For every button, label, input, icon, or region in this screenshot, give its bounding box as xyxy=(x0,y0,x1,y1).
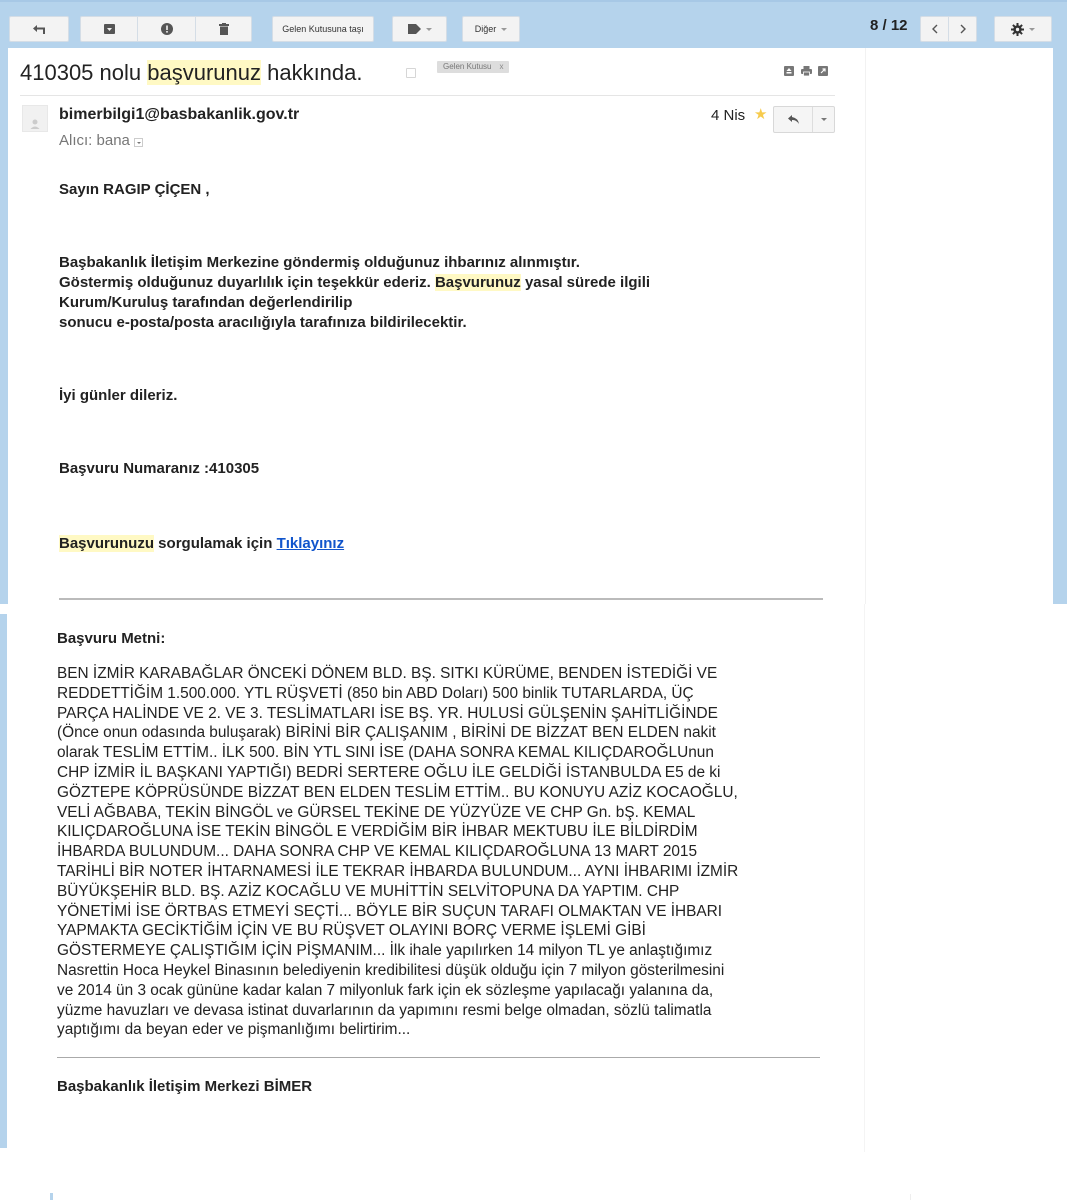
label-chip-text: Gelen Kutusu xyxy=(443,62,491,71)
archive-icon xyxy=(104,24,115,34)
application-text-body: BEN İZMİR KARABAĞLAR ÖNCEKİ DÖNEM BLD. B… xyxy=(57,664,827,1040)
chevron-right-icon xyxy=(960,24,966,34)
body-divider xyxy=(59,598,823,600)
sender-address[interactable]: bimerbilgi1@basbakanlik.gov.tr xyxy=(59,106,299,124)
application-text-line: İHBARDA BULUNDUM... DAHA SONRA CHP VE KE… xyxy=(57,842,827,862)
subject-highlight: başvurunuz xyxy=(147,60,261,85)
message-date: 4 Nis xyxy=(711,107,745,124)
body-line-2: Göstermiş olduğunuz duyarlılık için teşe… xyxy=(59,273,650,293)
subject-text-end: hakkında. xyxy=(261,60,363,85)
subject-text: 410305 nolu xyxy=(20,60,147,85)
application-text-line: BÜYÜKŞEHİR BLD. BŞ. AZİZ KOCAĞLU VE MUHİ… xyxy=(57,882,827,902)
reply-button[interactable] xyxy=(774,107,813,132)
reply-icon xyxy=(788,111,799,129)
move-to-inbox-label: Gelen Kutusuna taşı xyxy=(282,24,364,34)
application-text-line: Nasrettin Hoca Heykel Binasının belediye… xyxy=(57,961,827,981)
chevron-left-icon xyxy=(932,24,938,34)
avatar xyxy=(22,105,48,132)
chevron-down-icon xyxy=(821,118,827,121)
subject-divider xyxy=(20,95,835,96)
body-highlight: Başvurunuz xyxy=(435,274,521,291)
application-text-line: yüzme havuzları ve devasa istinat duvarl… xyxy=(57,1001,827,1021)
gmail-window: Gelen Kutusuna taşı Diğer 8 / 12 xyxy=(0,0,1067,604)
recipient-line: Alıcı: bana xyxy=(59,132,143,149)
application-text-line: VELİ AĞBABA, TEKİN BİNGÖL ve GÜRSEL TEKİ… xyxy=(57,803,827,823)
body-line-4: sonucu e-posta/posta aracılığıyla tarafı… xyxy=(59,313,467,333)
application-text-line: PARÇA HALİNDE VE 2. VE 3. TESLİMATLARI İ… xyxy=(57,704,827,724)
label-tag-icon xyxy=(408,24,421,34)
application-text-line: (Önce onun odasında buluşarak) BİRİNİ Bİ… xyxy=(57,723,827,743)
application-text-line: yaptığımı da beyan eder ve pişmanlığımı … xyxy=(57,1020,827,1040)
print-icon[interactable] xyxy=(801,63,811,73)
signature-divider xyxy=(57,1057,820,1058)
body-text: yasal sürede ilgili xyxy=(521,274,650,291)
settings-button[interactable] xyxy=(994,16,1052,42)
application-text-line: BEN İZMİR KARABAĞLAR ÖNCEKİ DÖNEM BLD. B… xyxy=(57,664,827,684)
greeting: Sayın RAGIP ÇİÇEN , xyxy=(59,180,210,200)
application-number: Başvuru Numaranız :410305 xyxy=(59,459,259,479)
body-line-1: Başbakanlık İletişim Merkezine göndermiş… xyxy=(59,253,580,273)
body-line-3: Kurum/Kuruluş tarafından değerlendirilip xyxy=(59,293,352,313)
application-text-title: Başvuru Metni: xyxy=(57,630,165,647)
application-text-line: GÖZTEPE KÖPRÜSÜNDE BİZZAT BEN ELDEN TESL… xyxy=(57,783,827,803)
show-details-icon[interactable] xyxy=(134,138,143,147)
pager-count: 8 / 12 xyxy=(870,16,908,36)
older-button[interactable] xyxy=(948,16,977,42)
move-to-inbox-button[interactable]: Gelen Kutusuna taşı xyxy=(272,16,374,42)
application-text-line: GÖSTERMEYE ÇALIŞTIĞIM İÇİN PİŞMANIM... İ… xyxy=(57,941,827,961)
query-text: sorgulamak için xyxy=(154,535,277,552)
application-text-line: olarak TESLİM ETTİM.. İLK 500. BİN YTL S… xyxy=(57,743,827,763)
application-text-line: YÖNETİMİ İSE ÖRTBAS ETMEYİ SEÇTİ... BÖYL… xyxy=(57,902,827,922)
query-link[interactable]: Tıklayınız xyxy=(277,535,345,552)
closing-line: İyi günler dileriz. xyxy=(59,386,177,406)
application-text-line: KILIÇDAROĞLUNA İSE TEKİN BİNGÖL E VERDİĞ… xyxy=(57,822,827,842)
query-highlight: Başvurunuzu xyxy=(59,535,154,552)
application-text-line: ve 2014 ün 3 ocak gününe kadar kalan 7 m… xyxy=(57,981,827,1001)
back-button[interactable] xyxy=(9,16,69,42)
application-text-line: REDDETTİĞİM 1.500.000. YTL RÜŞVETİ (850 … xyxy=(57,684,827,704)
email-subject: 410305 nolu başvurunuz hakkında. xyxy=(20,60,363,86)
message-pane: 410305 nolu başvurunuz hakkında. Gelen K… xyxy=(8,48,1053,604)
signature: Başbakanlık İletişim Merkezi BİMER xyxy=(57,1078,312,1095)
newer-button[interactable] xyxy=(920,16,949,42)
chevron-down-icon xyxy=(1029,28,1035,31)
more-button[interactable]: Diğer xyxy=(462,16,520,42)
new-window-icon[interactable] xyxy=(818,63,828,73)
chevron-down-icon xyxy=(501,28,507,31)
reply-button-group xyxy=(773,106,835,133)
person-icon xyxy=(29,117,41,131)
star-icon[interactable]: ★ xyxy=(754,105,767,123)
frame-fragment-line xyxy=(910,1194,911,1200)
archive-button[interactable] xyxy=(80,16,138,42)
expand-all-icon[interactable] xyxy=(784,63,794,73)
remove-label-button[interactable]: x xyxy=(499,62,503,71)
query-line: Başvurunuzu sorgulamak için Tıklayınız xyxy=(59,534,344,554)
more-label: Diğer xyxy=(475,24,497,34)
importance-marker-icon[interactable] xyxy=(406,68,416,78)
left-frame-edge xyxy=(0,614,7,1148)
trash-icon xyxy=(219,23,229,35)
application-text-line: TARİHLİ BİR NOTER İHTARNAMESİ İLE TEKRAR… xyxy=(57,862,827,882)
application-text-line: CHP İZMİR İL BAŞKANI YAPTIĞI) BEDRİ SERT… xyxy=(57,763,827,783)
frame-fragment xyxy=(50,1193,53,1200)
report-spam-icon xyxy=(161,23,173,35)
back-arrow-icon xyxy=(33,25,45,34)
chevron-down-icon xyxy=(426,28,432,31)
body-text: Göstermiş olduğunuz duyarlılık için teşe… xyxy=(59,274,435,291)
more-actions-button[interactable] xyxy=(813,107,834,132)
labels-button[interactable] xyxy=(392,16,447,42)
right-side-panel xyxy=(865,48,1053,604)
header-icons xyxy=(784,63,828,73)
toolbar: Gelen Kutusuna taşı Diğer 8 / 12 xyxy=(0,0,1067,48)
delete-button[interactable] xyxy=(195,16,252,42)
report-spam-button[interactable] xyxy=(137,16,196,42)
application-text-section: Başvuru Metni: BEN İZMİR KARABAĞLAR ÖNCE… xyxy=(0,604,1067,1152)
label-chip-inbox: Gelen Kutusux xyxy=(437,61,509,73)
application-text-line: YAPMAKTA GECİKTİĞİM İÇİN VE BU RÜŞVET OL… xyxy=(57,921,827,941)
right-pane-border xyxy=(864,604,865,1152)
gear-icon xyxy=(1011,23,1024,36)
recipient-text: Alıcı: bana xyxy=(59,132,130,149)
